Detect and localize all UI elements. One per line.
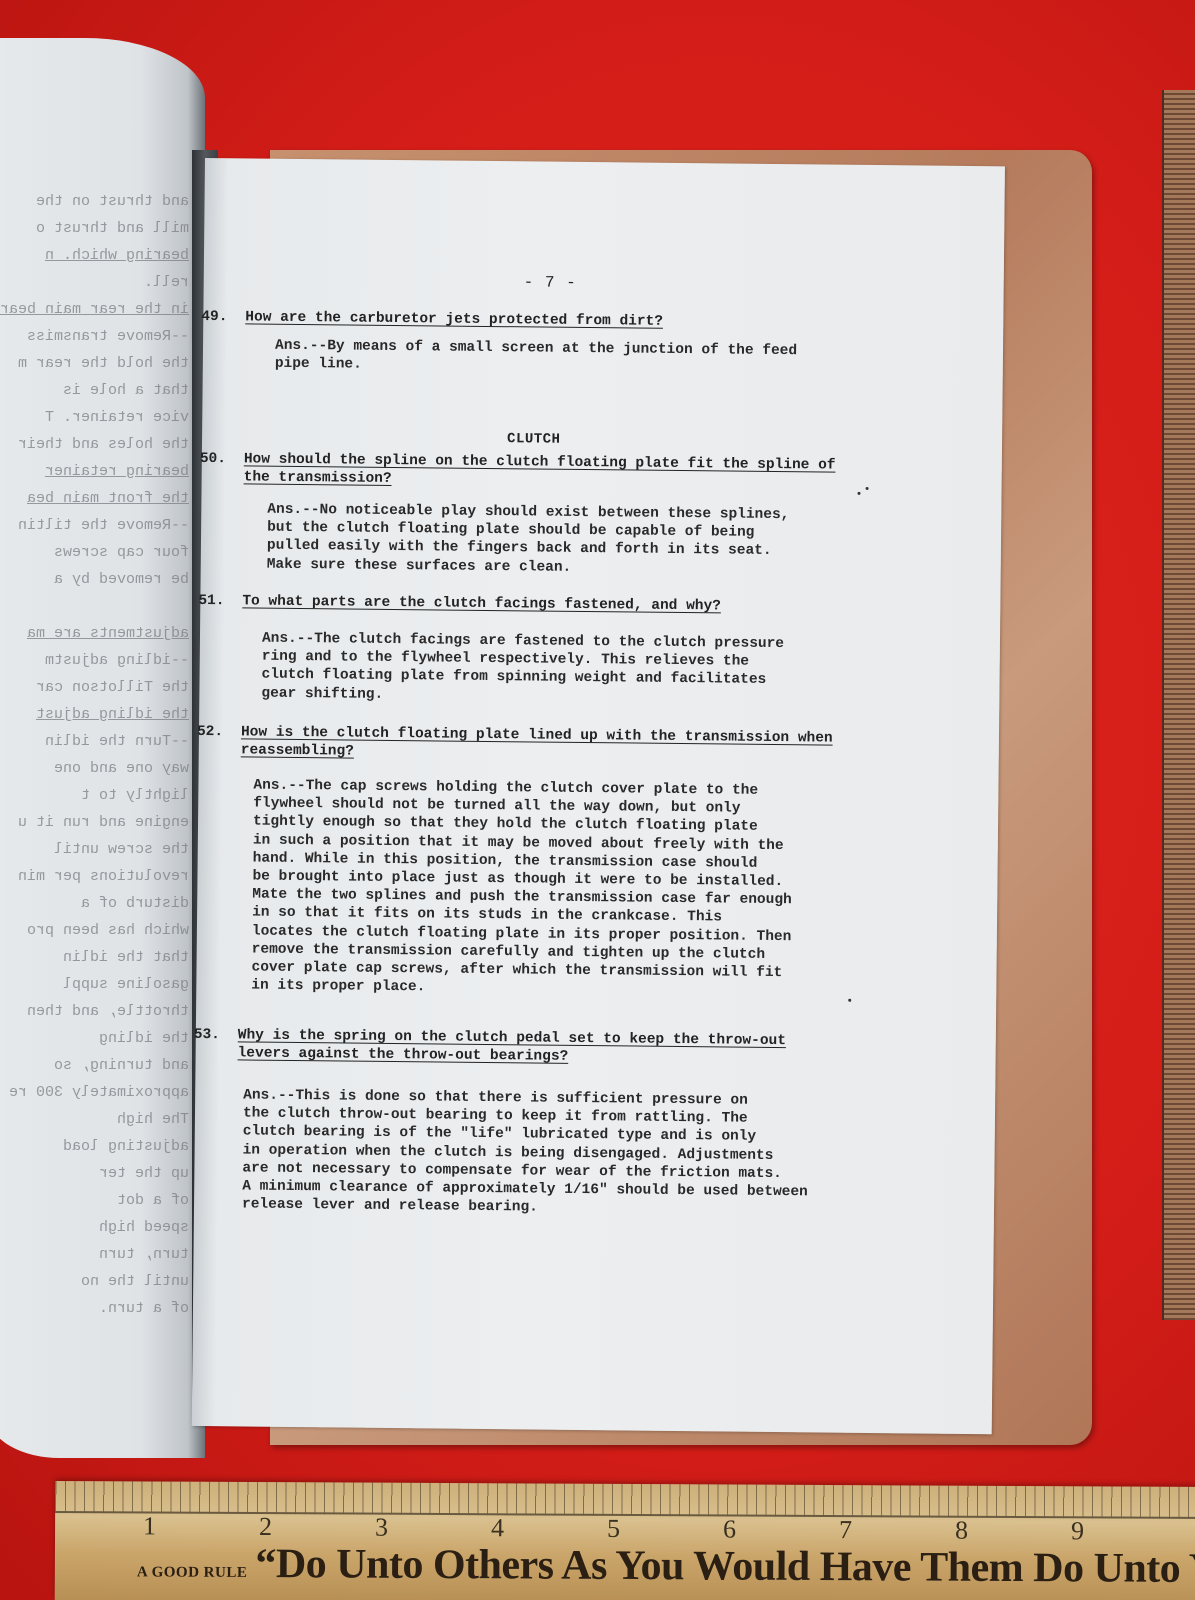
show-through-line [0,593,195,620]
answer-52: Ans.--The cap screws holding the clutch … [251,777,843,1002]
ruler-number: 7 [839,1515,852,1545]
show-through-line: until the no [0,1268,195,1295]
answer-53: Ans.--This is done so that there is suff… [242,1086,833,1220]
show-through-line: gasoline suppl [0,971,195,998]
wooden-ruler: 123456789 A GOOD RULE“Do Unto Others As … [55,1481,1195,1600]
ruler-number: 3 [375,1513,388,1543]
left-page: and thrust on themill and thrust obearin… [0,38,205,1458]
show-through-line: and turning, so [0,1052,195,1079]
show-through-line: the hold the rear m [0,350,195,377]
ruler-number: 2 [259,1512,272,1542]
ruler-number: 8 [955,1516,968,1546]
ink-speck [866,487,869,490]
answer-51: Ans.--The clutch facings are fastened to… [261,630,852,709]
show-through-line: speed high [0,1214,195,1241]
ruler-number: 5 [607,1514,620,1544]
ruler-number: 4 [491,1513,504,1543]
question-52: 52. How is the clutch floating plate lin… [199,723,839,730]
show-through-line: and thrust on the [0,188,195,215]
show-through-line: which has been pro [0,917,195,944]
show-through-line: the idling adjust [0,701,195,728]
answer-50: Ans.--No noticeable play should exist be… [267,501,858,580]
question-50: 50. How should the spline on the clutch … [202,450,842,457]
question-number: 52. [197,723,223,741]
show-through-line: the front main bea [0,485,195,512]
show-through-line: mill and thrust o [0,215,195,242]
show-through-line: --idling adjustm [0,647,195,674]
show-through-line: approximately 300 re [0,1079,195,1106]
show-through-line: up the ter [0,1160,195,1187]
question-text: To what parts are the clutch facings fas… [242,592,842,616]
ink-speck [858,492,861,495]
ruler-tag: A GOOD RULE [137,1564,248,1581]
show-through-line: bearing which. n [0,242,195,269]
question-text: Why is the spring on the clutch pedal se… [238,1026,838,1068]
show-through-line: the idling [0,1025,195,1052]
answer-49: Ans.--By means of a small screen at the … [275,337,865,380]
question-number: 53. [194,1026,220,1044]
question-number: 50. [200,450,226,468]
show-through-line: turn, turn [0,1241,195,1268]
side-ruler-edge [1162,90,1195,1320]
show-through-line: --Remove the tiltin [0,512,195,539]
show-through-line: adjustments are ma [0,620,195,647]
show-through-line: The high [0,1106,195,1133]
question-49: 49. How are the carburetor jets protecte… [203,308,843,315]
ruler-motto: A GOOD RULE“Do Unto Others As You Would … [137,1539,1195,1593]
ink-speck [848,999,851,1002]
show-through-line: that the idlin [0,944,195,971]
show-through-line: that a hole is [0,377,195,404]
show-through-line: of a turn. [0,1295,195,1322]
show-through-line: way one and one [0,755,195,782]
question-text: How should the spline on the clutch floa… [244,450,844,492]
show-through-line: vice retainer. T [0,404,195,431]
show-through-line: be removed by a [0,566,195,593]
show-through-line: the Tillotson car [0,674,195,701]
page-number: - 7 - [524,273,577,292]
show-through-line: bearing retainer [0,458,195,485]
show-through-line: engine and run it u [0,809,195,836]
show-through-line: adjusting load [0,1133,195,1160]
question-number: 49. [201,308,227,326]
show-through-line: four cap screws [0,539,195,566]
show-through-line: --Turn the idlin [0,728,195,755]
show-through-line: of a dot [0,1187,195,1214]
show-through-line: rell. [0,269,195,296]
show-through-line: --Remove transmiss [0,323,195,350]
show-through-line: disturb of a [0,890,195,917]
question-53: 53. Why is the spring on the clutch peda… [196,1026,836,1033]
show-through-line: the screw until [0,836,195,863]
show-through-line: revolutions per min [0,863,195,890]
ruler-number: 9 [1071,1516,1084,1546]
ruler-number: 6 [723,1514,736,1544]
show-through-line: in the rear main bear [0,296,195,323]
ruler-number: 1 [143,1511,156,1541]
show-through-line: the holes and their [0,431,195,458]
question-number: 51. [198,592,224,610]
ruler-motto-text: “Do Unto Others As You Would Have Them D… [255,1541,1195,1592]
show-through-line: lightly to t [0,782,195,809]
question-text: How are the carburetor jets protected fr… [245,308,845,332]
section-heading: CLUTCH [507,431,561,448]
question-51: 51. To what parts are the clutch facings… [200,592,840,599]
show-through-text: and thrust on themill and thrust obearin… [0,188,195,1322]
show-through-line: throttle, and then [0,998,195,1025]
question-text: How is the clutch floating plate lined u… [241,723,841,765]
document-page: - 7 - 49. How are the carburetor jets pr… [192,158,1005,1434]
